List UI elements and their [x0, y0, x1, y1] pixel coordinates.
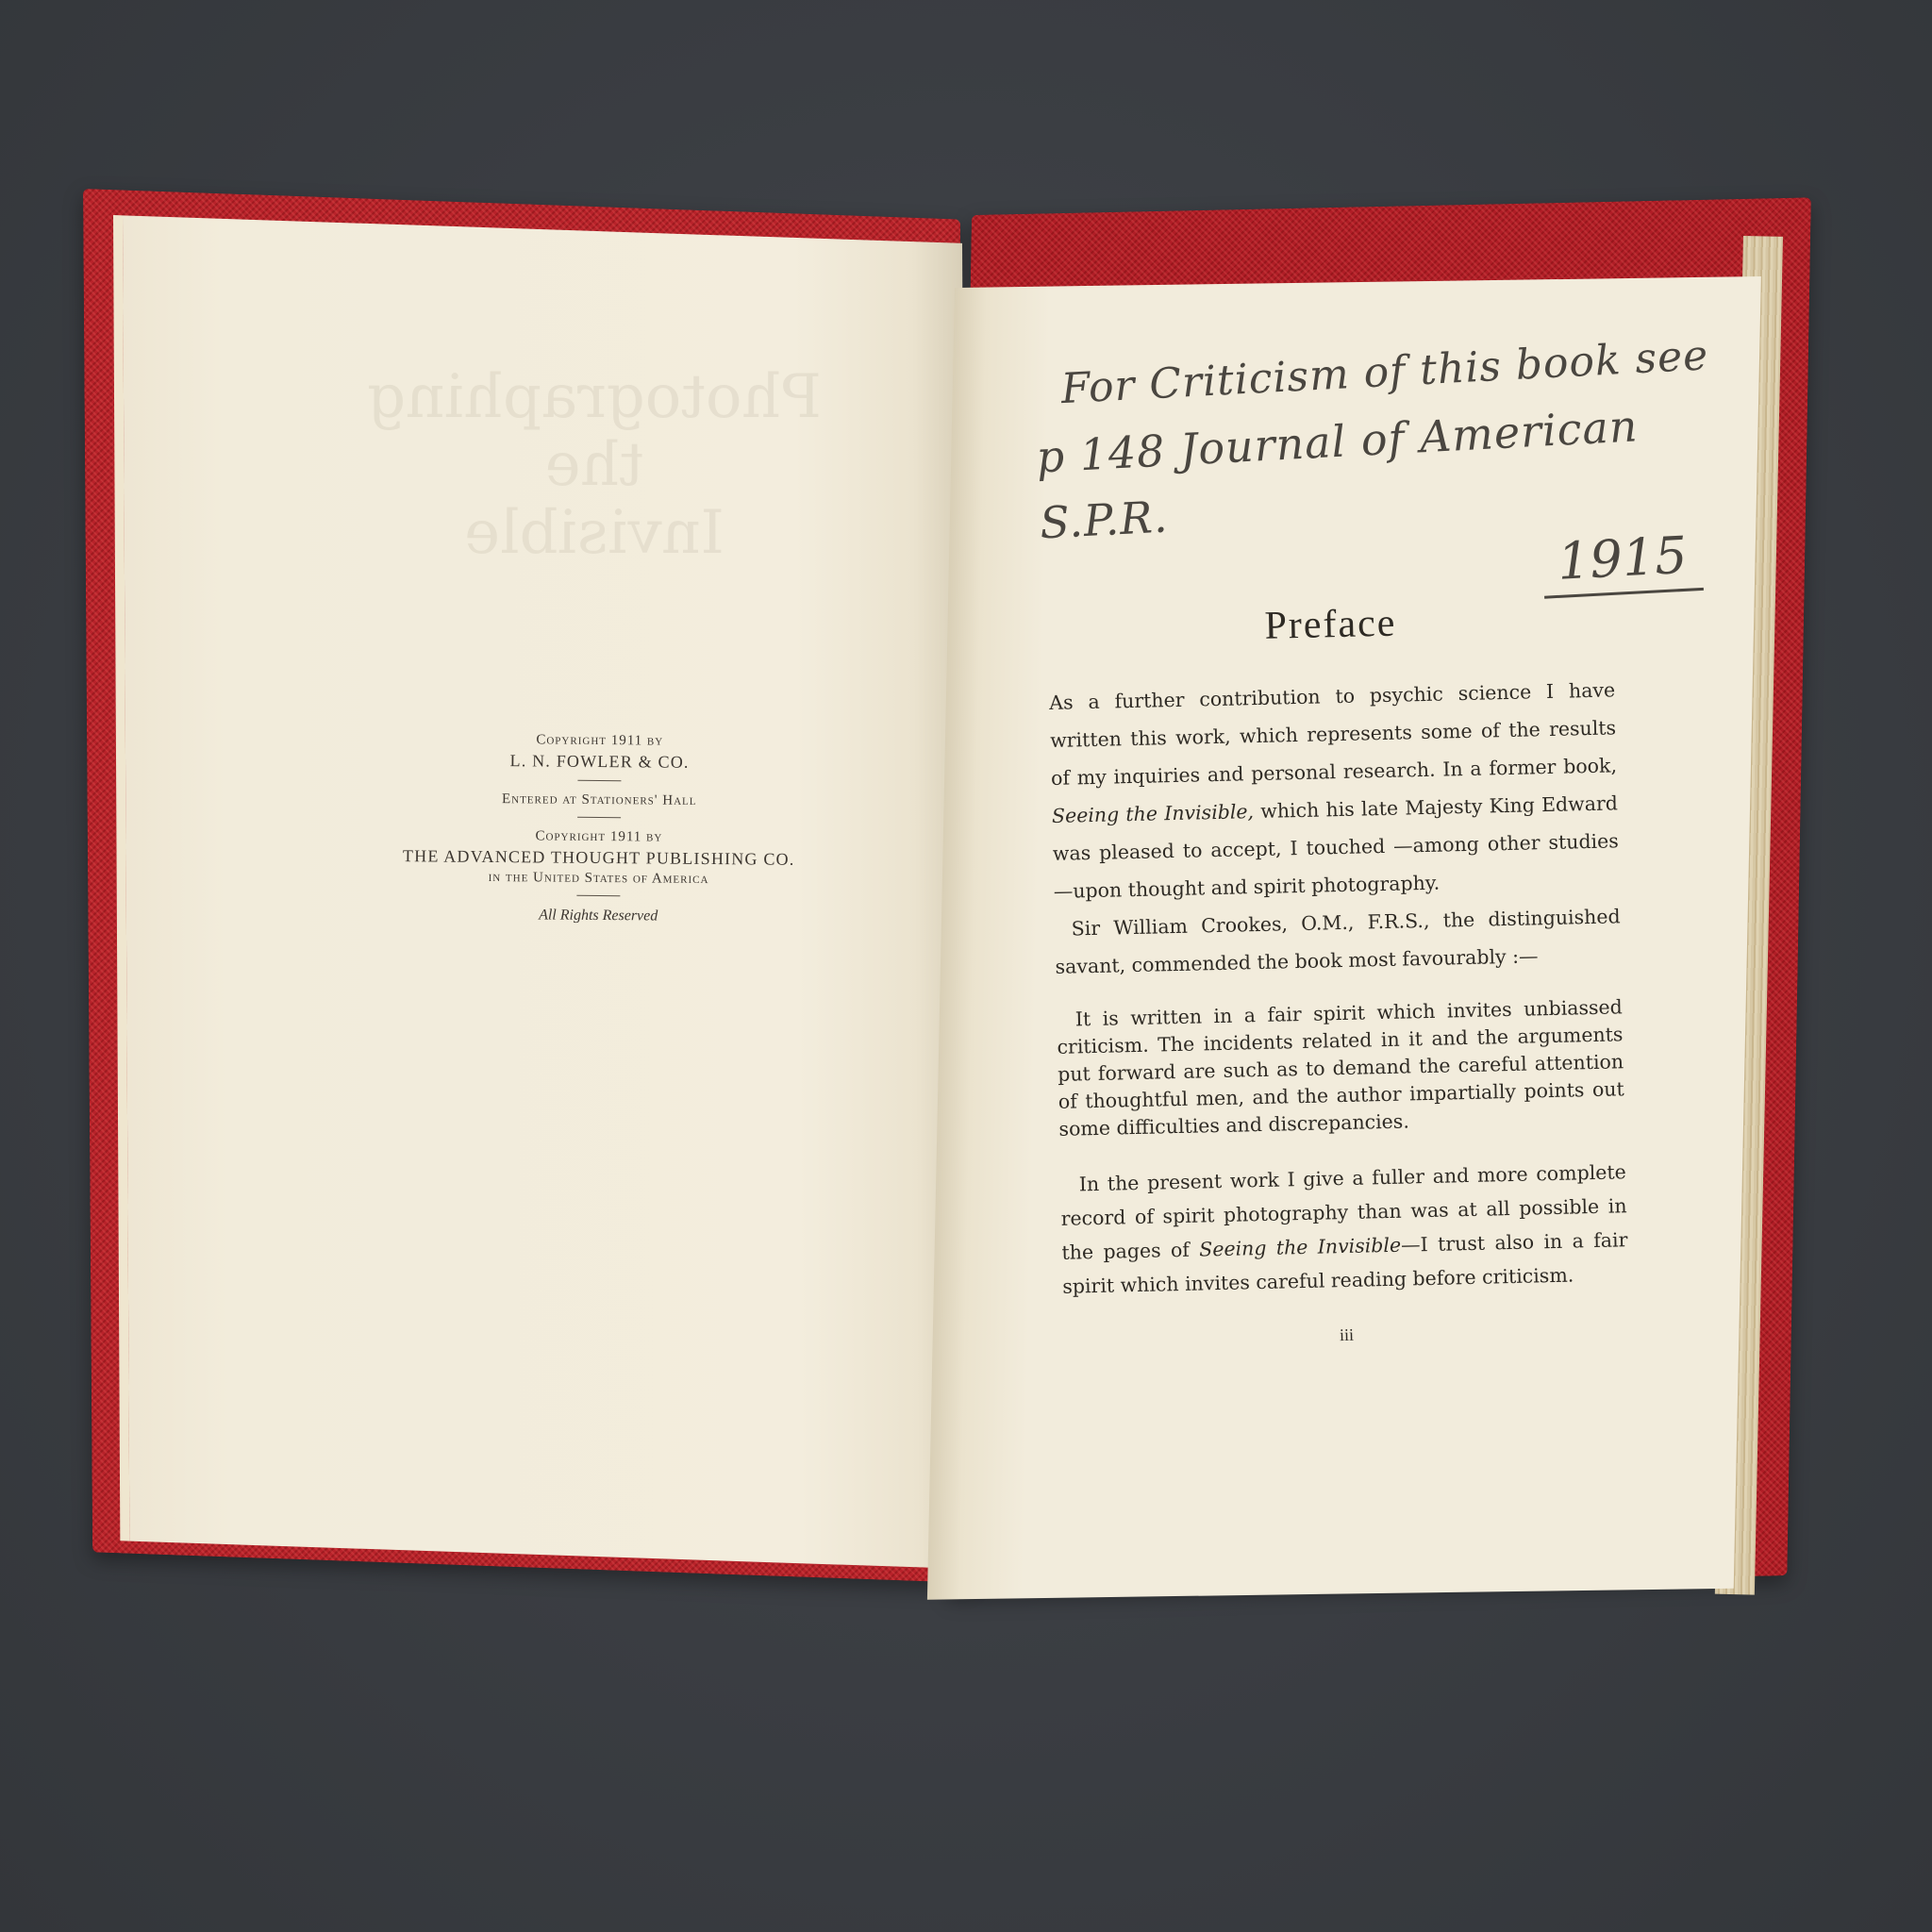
divider: [577, 780, 621, 781]
paragraph: Sir William Crookes, O.M., F.R.S., the d…: [1054, 897, 1622, 986]
handwritten-note: For Criticism of this book see p 148 Jou…: [1031, 322, 1752, 625]
copyright-block: Copyright 1911 by L. N. FOWLER & CO. Ent…: [381, 729, 817, 928]
publisher-name: THE ADVANCED THOUGHT PUBLISHING CO.: [382, 844, 816, 871]
divider: [576, 895, 620, 896]
divider: [577, 817, 621, 818]
text-run: As a further contribution to psychic sci…: [1049, 678, 1617, 790]
ghost-line: Invisible: [340, 499, 849, 567]
publisher-name: L. N. FOWLER & CO.: [383, 748, 817, 774]
ghost-line: Photographing the: [340, 363, 849, 499]
paragraph: In the present work I give a fuller and …: [1059, 1155, 1628, 1304]
preface-text: Preface As a further contribution to psy…: [1047, 595, 1630, 1351]
block-quote: It is written in a fair spirit which inv…: [1057, 993, 1625, 1143]
stationers-hall-line: Entered at Stationers' Hall: [382, 789, 816, 811]
note-year: 1915: [1541, 522, 1704, 599]
book-title-italic: Seeing the Invisible,: [1052, 800, 1255, 827]
paragraph: As a further contribution to psychic sci…: [1049, 671, 1620, 910]
show-through-title: Photographing the Invisible: [340, 363, 849, 567]
rights-reserved: All Rights Reserved: [381, 904, 815, 928]
book-title-italic: Seeing the Invisible: [1199, 1234, 1401, 1261]
country-line: in the United States of America: [381, 867, 815, 890]
